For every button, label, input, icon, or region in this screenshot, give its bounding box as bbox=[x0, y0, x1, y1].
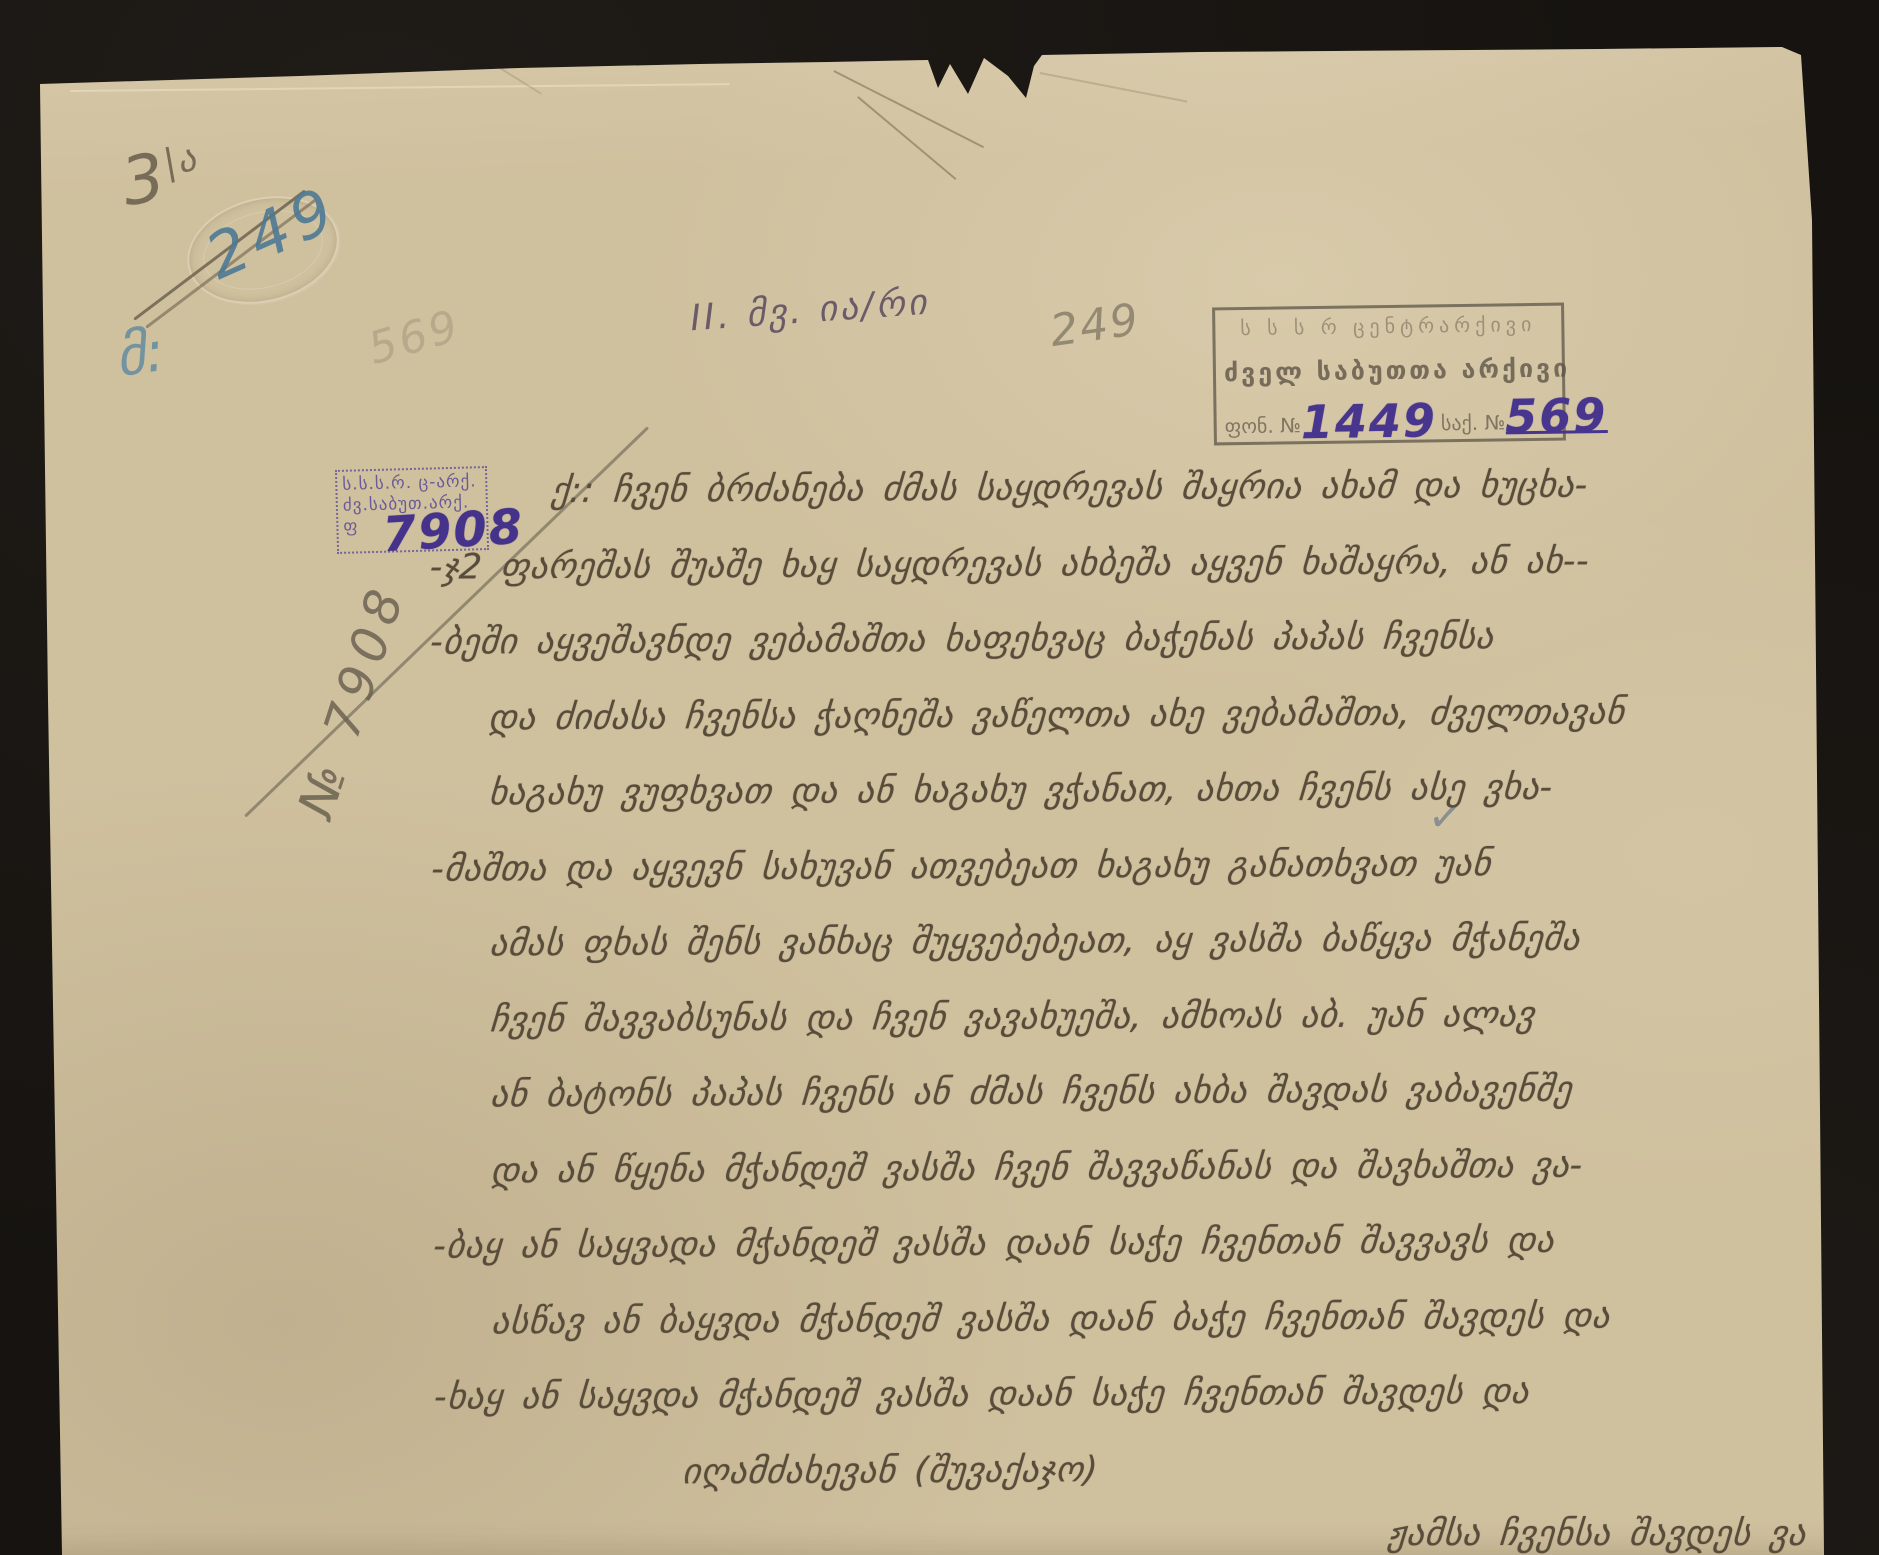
crossed-out-pencil-number: № 7908 bbox=[287, 575, 417, 824]
archive-stamp-number-row: ფონ. № 1449 საქ. № 569 bbox=[1224, 401, 1554, 439]
document-page: 3|ა 249 მ: 569 II. მვ. ია/რი 249 ს ს ს რ… bbox=[0, 0, 1879, 1555]
top-fold-crease bbox=[70, 83, 730, 92]
center-ink-note: II. მვ. ია/რი bbox=[689, 282, 931, 340]
manuscript-line: და ძიძასა ჩვენსა ჭაღნეშა ვაწელთა ახე ვებ… bbox=[430, 691, 1830, 774]
manuscript-line-text: -ჯ2 ფარეშას შუაშე ხაყ საყდრევას ახბეშა ა… bbox=[428, 541, 1591, 587]
pencil-fraction-suffix: |ა bbox=[160, 138, 201, 184]
archive-stamp-box: ს ს ს რ ცენტრარქივი ძველ საბუთთა არქივი … bbox=[1212, 303, 1566, 446]
manuscript-line-text: ასწავ ან ბაყვდა მჭანდეშ ვასშა დაან ბაჭე … bbox=[490, 1296, 1612, 1342]
archive-stamp-line2: ძველ საბუთთა არქივი bbox=[1224, 354, 1554, 388]
manuscript-line-text: ხაგახუ ვუფხვათ და ან ხაგახუ ვჭანათ, ახთა… bbox=[487, 768, 1554, 814]
blue-letter-mark: მ: bbox=[112, 319, 169, 390]
manuscript-text-block: ქ:: ჩვენ ბრძანება ძმას საყდრევას შაყრია … bbox=[429, 464, 1835, 1528]
manuscript-line: -ხაყ ან საყვდა მჭანდეშ ვასშა დაან საჭე ჩ… bbox=[434, 1370, 1834, 1453]
manuscript-line-text: ქ:: ჩვენ ბრძანება ძმას საყდრევას შაყრია … bbox=[550, 466, 1590, 511]
manuscript-line: ან ბატონს პაპას ჩვენს ან ძმას ჩვენს ახბა… bbox=[432, 1068, 1832, 1151]
manuscript-line-text: -ბაყ ან საყვადა მჭანდეშ ვასშა დაან საჭე … bbox=[432, 1221, 1556, 1267]
tear-crease-left bbox=[834, 70, 984, 148]
manuscript-line-text: და ან წყენა მჭანდეშ ვასშა ჩვენ შავვაწანა… bbox=[489, 1145, 1584, 1191]
archive-stamp-line1: ს ს ს რ ცენტრარქივი bbox=[1223, 312, 1553, 341]
manuscript-line-text: ან ბატონს პაპას ჩვენს ან ძმას ჩვენს ახბა… bbox=[489, 1070, 1574, 1116]
manuscript-line: და ან წყენა მჭანდეშ ვასშა ჩვენ შავვაწანა… bbox=[433, 1144, 1833, 1227]
center-pencil-number: 249 bbox=[1047, 294, 1143, 357]
manuscript-line-text: -ხაყ ან საყვდა მჭანდეშ ვასშა დაან საჭე ჩ… bbox=[432, 1372, 1531, 1418]
manuscript-line: -ბაყ ან საყვადა მჭანდეშ ვასშა დაან საჭე … bbox=[433, 1219, 1833, 1302]
manuscript-line-text: ამას ფხას შენს ვანხაც შუყვებებეათ, აყ ვა… bbox=[488, 919, 1582, 965]
scanner-background: 3|ა 249 მ: 569 II. მვ. ია/რი 249 ს ს ს რ… bbox=[0, 0, 1879, 1555]
manuscript-line: -ჯ2 ფარეშას შუაშე ხაყ საყდრევას ახბეშა ა… bbox=[430, 540, 1830, 623]
manuscript-line: -ბეში აყვეშავნდე ვებამაშთა ხაფეხვაც ბაჭე… bbox=[430, 615, 1830, 698]
manuscript-line-text: და ძიძასა ჩვენსა ჭაღნეშა ვაწელთა ახე ვებ… bbox=[487, 692, 1627, 738]
manuscript-line-text: იღამძახევან (შუვაქაჯო) bbox=[681, 1450, 1100, 1492]
manuscript-line-text: -მაშთა და აყვევნ სახუვან ათვებეათ ხაგახუ… bbox=[430, 844, 1493, 890]
fond-label: ფონ. № bbox=[1225, 413, 1302, 438]
faint-pencil-number: 569 bbox=[363, 300, 466, 375]
manuscript-bottom-fragment: ჟამსა ჩვენსა შავდეს ვა bbox=[1386, 1514, 1808, 1554]
corner-crease bbox=[492, 62, 542, 94]
case-number-handwritten: 569 bbox=[1505, 400, 1607, 434]
manuscript-line: ჩვენ შავვაბსუნას და ჩვენ ვავახუეშა, ამხო… bbox=[432, 993, 1832, 1076]
case-label: საქ. № bbox=[1441, 410, 1506, 435]
fond-number-handwritten: 1449 bbox=[1301, 405, 1437, 437]
manuscript-line: ქ:: ჩვენ ბრძანება ძმას საყდრევას შაყრია … bbox=[429, 464, 1829, 547]
manuscript-line-text: ჩვენ შავვაბსუნას და ჩვენ ვავახუეშა, ამხო… bbox=[488, 994, 1536, 1039]
manuscript-line: -მაშთა და აყვევნ სახუვან ათვებეათ ხაგახუ… bbox=[431, 842, 1831, 925]
manuscript-line: ამას ფხას შენს ვანხაც შუყვებებეათ, აყ ვა… bbox=[432, 917, 1832, 1000]
tear-crease-right bbox=[1040, 72, 1188, 102]
manuscript-line: ხაგახუ ვუფხვათ და ან ხაგახუ ვჭანათ, ახთა… bbox=[431, 766, 1831, 849]
manuscript-line-text: -ბეში აყვეშავნდე ვებამაშთა ხაფეხვაც ბაჭე… bbox=[428, 617, 1495, 663]
pencil-fraction-numerator: 3|ა bbox=[116, 132, 207, 221]
manuscript-line: ასწავ ან ბაყვდა მჭანდეშ ვასშა დაან ბაჭე … bbox=[434, 1295, 1834, 1378]
